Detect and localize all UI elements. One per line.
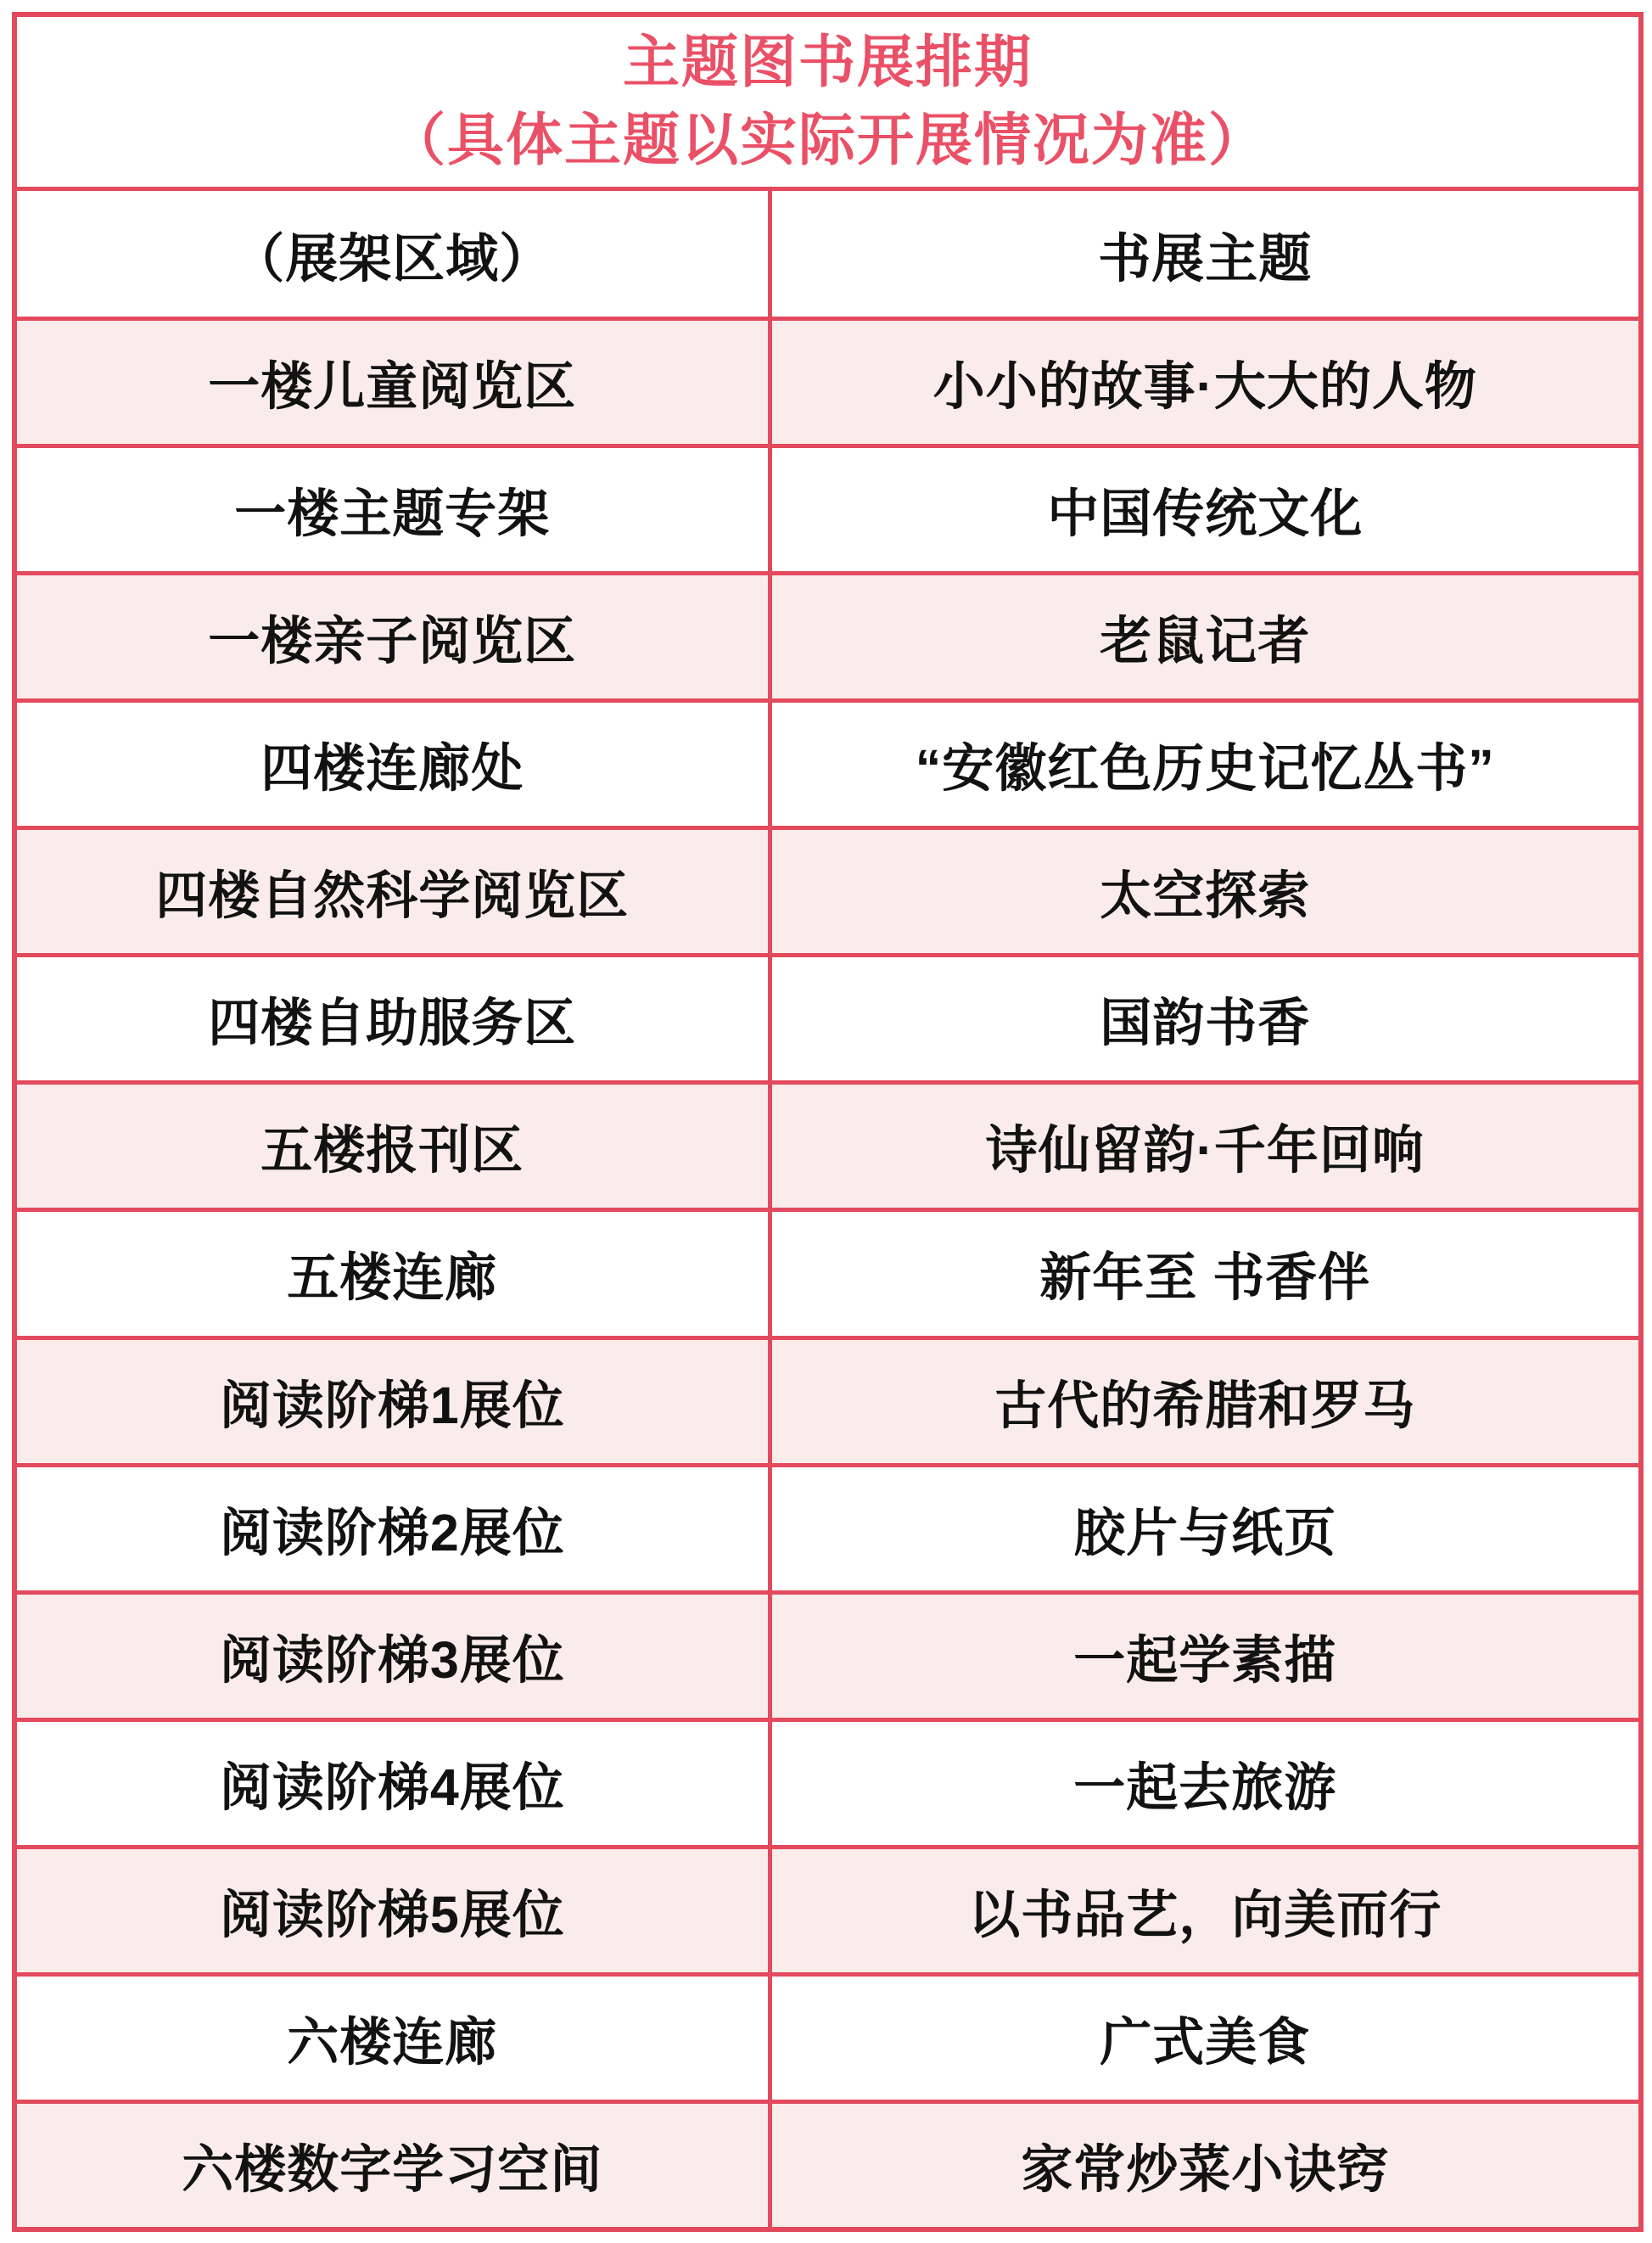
table-row: 一楼主题专架 中国传统文化 xyxy=(17,448,1638,575)
table-row: 阅读阶梯1展位 古代的希腊和罗马 xyxy=(17,1340,1638,1467)
table-row: 阅读阶梯4展位 一起去旅游 xyxy=(17,1722,1638,1849)
table-row: 四楼自助服务区 国韵书香 xyxy=(17,957,1638,1085)
area-cell: 阅读阶梯3展位 xyxy=(17,1595,772,1718)
theme-cell: 以书品艺，向美而行 xyxy=(772,1849,1638,1972)
theme-cell: “安徽红色历史记忆丛书” xyxy=(772,703,1638,826)
table-row: 四楼连廊处 “安徽红色历史记忆丛书” xyxy=(17,703,1638,830)
area-cell: 五楼连廊 xyxy=(17,1212,772,1335)
area-cell: 一楼亲子阅览区 xyxy=(17,575,772,698)
area-cell: 五楼报刊区 xyxy=(17,1085,772,1208)
theme-cell: 中国传统文化 xyxy=(772,448,1638,571)
area-cell: 阅读阶梯4展位 xyxy=(17,1722,772,1845)
area-cell: 四楼自助服务区 xyxy=(17,957,772,1080)
title-line-2: （具体主题以实际开展情况为准） xyxy=(389,102,1267,180)
theme-cell: 一起去旅游 xyxy=(772,1722,1638,1845)
title-line-1: 主题图书展排期 xyxy=(623,24,1033,102)
table-row: 阅读阶梯3展位 一起学素描 xyxy=(17,1595,1638,1722)
theme-cell: 广式美食 xyxy=(772,1977,1638,2100)
theme-cell: 国韵书香 xyxy=(772,957,1638,1080)
schedule-table: 主题图书展排期 （具体主题以实际开展情况为准） （展架区域） 书展主题 一楼儿童… xyxy=(12,12,1644,2232)
table-row: 五楼连廊 新年至 书香伴 xyxy=(17,1212,1638,1339)
area-cell: 四楼自然科学阅览区 xyxy=(17,830,772,953)
column-header-area: （展架区域） xyxy=(17,191,772,317)
table-row: 四楼自然科学阅览区 太空探索 xyxy=(17,830,1638,957)
theme-cell: 一起学素描 xyxy=(772,1595,1638,1718)
theme-cell: 家常炒菜小诀窍 xyxy=(772,2104,1638,2227)
table-row: 一楼儿童阅览区 小小的故事·大大的人物 xyxy=(17,321,1638,448)
table-title: 主题图书展排期 （具体主题以实际开展情况为准） xyxy=(17,17,1638,191)
area-cell: 四楼连廊处 xyxy=(17,703,772,826)
area-cell: 阅读阶梯5展位 xyxy=(17,1849,772,1972)
area-cell: 阅读阶梯2展位 xyxy=(17,1467,772,1590)
theme-cell: 新年至 书香伴 xyxy=(772,1212,1638,1335)
area-cell: 六楼数字学习空间 xyxy=(17,2104,772,2227)
theme-cell: 胶片与纸页 xyxy=(772,1467,1638,1590)
table-row: 一楼亲子阅览区 老鼠记者 xyxy=(17,575,1638,703)
table-row: 六楼数字学习空间 家常炒菜小诀窍 xyxy=(17,2104,1638,2227)
book-exhibition-schedule-page: 主题图书展排期 （具体主题以实际开展情况为准） （展架区域） 书展主题 一楼儿童… xyxy=(0,0,1652,2243)
theme-cell: 老鼠记者 xyxy=(772,575,1638,698)
header-row: （展架区域） 书展主题 xyxy=(17,191,1638,321)
table-row: 六楼连廊 广式美食 xyxy=(17,1977,1638,2104)
area-cell: 一楼主题专架 xyxy=(17,448,772,571)
table-row: 阅读阶梯2展位 胶片与纸页 xyxy=(17,1467,1638,1595)
area-cell: 六楼连廊 xyxy=(17,1977,772,2100)
table-row: 五楼报刊区 诗仙留韵·千年回响 xyxy=(17,1085,1638,1212)
theme-cell: 古代的希腊和罗马 xyxy=(772,1340,1638,1463)
table-row: 阅读阶梯5展位 以书品艺，向美而行 xyxy=(17,1849,1638,1977)
theme-cell: 诗仙留韵·千年回响 xyxy=(772,1085,1638,1208)
theme-cell: 太空探索 xyxy=(772,830,1638,953)
column-header-theme: 书展主题 xyxy=(772,191,1638,317)
theme-cell: 小小的故事·大大的人物 xyxy=(772,321,1638,444)
area-cell: 阅读阶梯1展位 xyxy=(17,1340,772,1463)
area-cell: 一楼儿童阅览区 xyxy=(17,321,772,444)
